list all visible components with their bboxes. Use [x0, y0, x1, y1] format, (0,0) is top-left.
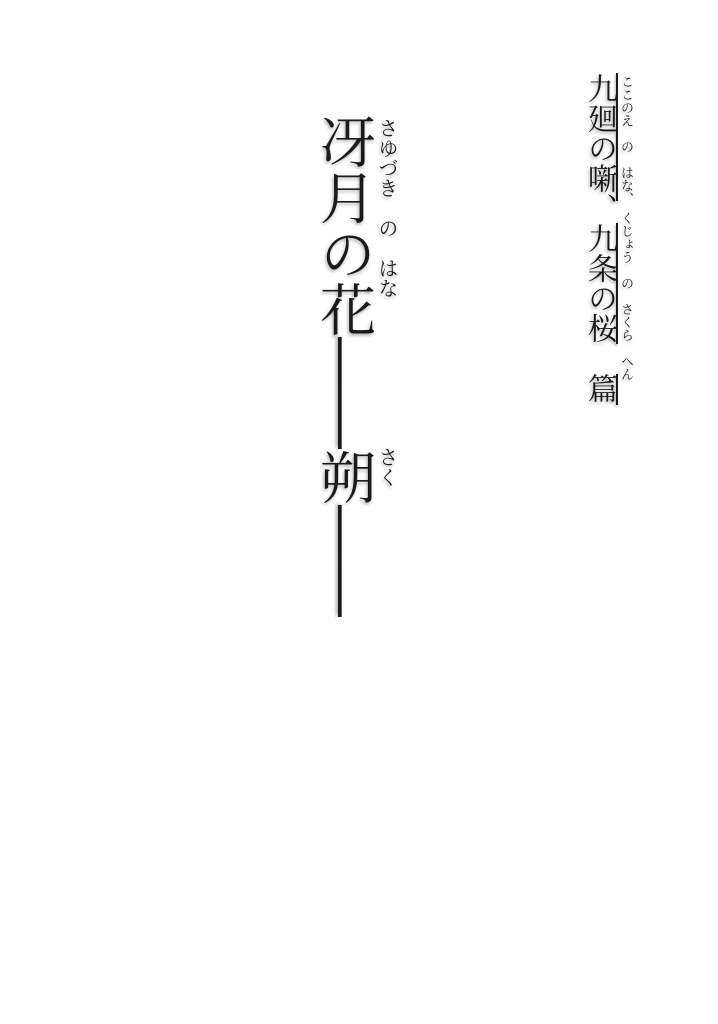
series-subtitle-furigana: ここのえ の はな、 くじょう の さくら へん [619, 75, 632, 381]
main-title-subject-furigana: さく [377, 447, 397, 487]
series-subtitle: 九廻の噺、九条の桜 篇 [584, 73, 614, 403]
book-title-page: 九廻の噺、九条の桜 篇 ここのえ の はな、 くじょう の さくら へん 冴月の… [0, 0, 718, 1024]
main-title-furigana: さゆづき の はな [377, 118, 397, 298]
main-title: 冴月の花――朔―― [315, 113, 371, 617]
